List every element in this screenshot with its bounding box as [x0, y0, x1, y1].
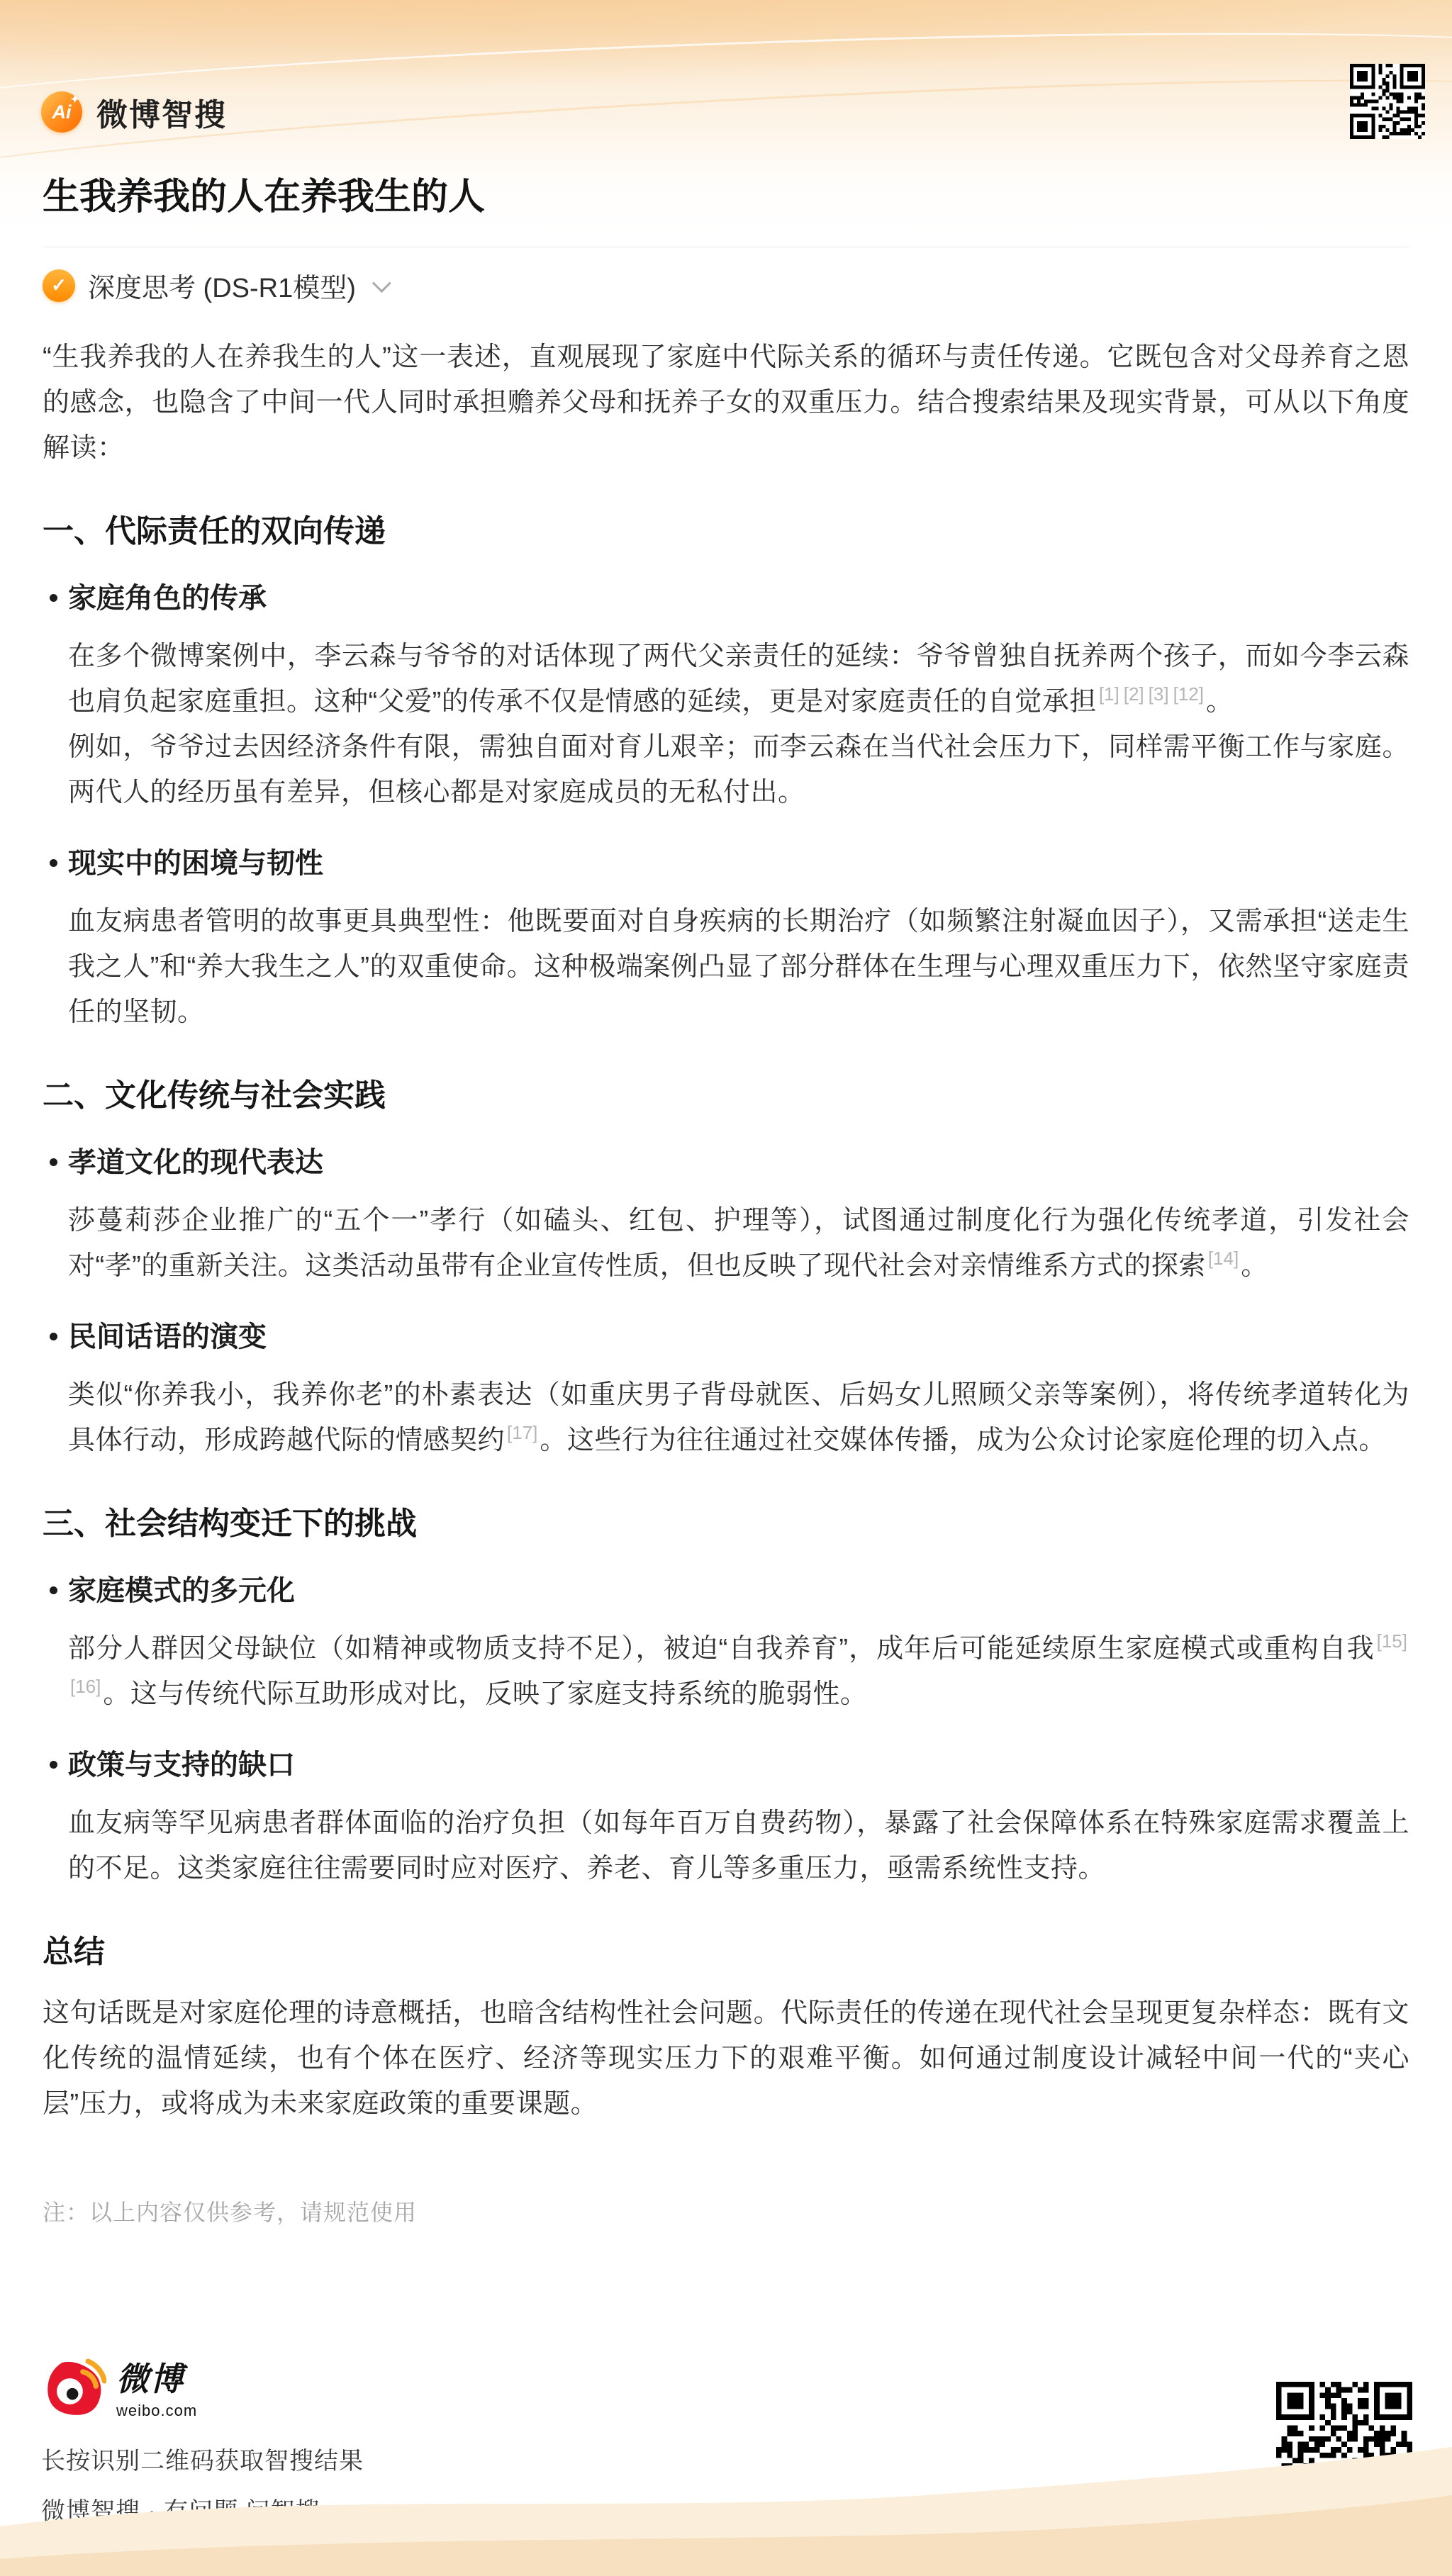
weibo-logo-text: 微博	[116, 2353, 197, 2400]
weibo-logo: 微博 weibo.com	[41, 2353, 364, 2420]
qr-code-bottom	[1276, 2382, 1412, 2518]
summary-heading: 总结	[43, 1934, 1409, 1971]
bullet-body: 血友病患者管明的故事更具典型性：他既要面对自身疾病的长期治疗（如频繁注射凝血因子…	[68, 899, 1409, 1035]
bullet-icon	[50, 859, 57, 867]
bullet-body: 部分人群因父母缺位（如精神或物质支持不足），被迫“自我养育”，成年后可能延续原生…	[68, 1626, 1409, 1717]
bullet-title: 现实中的困境与韧性	[68, 846, 1409, 880]
bullet-body: 血友病等罕见病患者群体面临的治疗负担（如每年百万自费药物），暴露了社会保障体系在…	[68, 1801, 1409, 1891]
citation-link[interactable]: [15]	[1377, 1630, 1407, 1652]
bullet-item: 家庭角色的传承 在多个微博案例中，李云森与爷爷的对话体现了两代父亲责任的延续：爷…	[68, 581, 1409, 815]
sections: 一、代际责任的双向传递 家庭角色的传承 在多个微博案例中，李云森与爷爷的对话体现…	[43, 513, 1409, 1891]
model-toggle[interactable]: ✓ 深度思考 (DS-R1模型)	[43, 266, 386, 305]
footer-hint: 长按识别二维码获取智搜结果	[41, 2441, 364, 2476]
bullet-body: 类似“你养我小，我养你老”的朴素表达（如重庆男子背母就医、后妈女儿照顾父亲等案例…	[68, 1372, 1409, 1463]
bullet-icon	[50, 1158, 57, 1166]
footer: 微博 weibo.com 长按识别二维码获取智搜结果 微博智搜 · 有问题 问智…	[41, 2353, 364, 2526]
bullet-title: 政策与支持的缺口	[68, 1748, 1409, 1782]
content-section: 三、社会结构变迁下的挑战 家庭模式的多元化 部分人群因父母缺位（如精神或物质支持…	[43, 1506, 1409, 1891]
citation-link[interactable]: [1]	[1099, 683, 1119, 705]
section-heading: 二、文化传统与社会实践	[43, 1077, 1409, 1114]
bullet-item: 民间话语的演变 类似“你养我小，我养你老”的朴素表达（如重庆男子背母就医、后妈女…	[68, 1320, 1409, 1463]
weibo-logo-domain: weibo.com	[116, 2402, 197, 2420]
paragraph: 在多个微博案例中，李云森与爷爷的对话体现了两代父亲责任的延续：爷爷曾独自抚养两个…	[68, 634, 1409, 724]
bullet-body: 莎蔓莉莎企业推广的“五个一”孝行（如磕头、红包、护理等），试图通过制度化行为强化…	[68, 1198, 1409, 1289]
model-label: 深度思考 (DS-R1模型)	[88, 266, 356, 305]
bullet-icon	[50, 1586, 57, 1594]
divider	[43, 247, 1409, 247]
bullet-title: 家庭模式的多元化	[68, 1574, 1409, 1608]
citation-link[interactable]: [2]	[1124, 683, 1144, 705]
content-column: 生我养我的人在养我生的人 ✓ 深度思考 (DS-R1模型) “生我养我的人在养我…	[0, 0, 1452, 2227]
bullet-body: 在多个微博案例中，李云森与爷爷的对话体现了两代父亲责任的延续：爷爷曾独自抚养两个…	[68, 634, 1409, 815]
bullet-icon	[50, 1761, 57, 1769]
paragraph: 部分人群因父母缺位（如精神或物质支持不足），被迫“自我养育”，成年后可能延续原生…	[68, 1626, 1409, 1717]
citation-link[interactable]: [12]	[1173, 683, 1204, 705]
chevron-down-icon	[372, 274, 391, 293]
section-heading: 三、社会结构变迁下的挑战	[43, 1506, 1409, 1542]
intro-paragraph: “生我养我的人在养我生的人”这一表述，直观展现了家庭中代际关系的循环与责任传递。…	[43, 335, 1409, 471]
bullet-icon	[50, 594, 57, 602]
bullet-item: 政策与支持的缺口 血友病等罕见病患者群体面临的治疗负担（如每年百万自费药物），暴…	[68, 1748, 1409, 1891]
citation-link[interactable]: [3]	[1149, 683, 1169, 705]
bullet-title: 家庭角色的传承	[68, 581, 1409, 615]
check-icon: ✓	[43, 269, 75, 302]
section-heading: 一、代际责任的双向传递	[43, 513, 1409, 550]
page-title: 生我养我的人在养我生的人	[43, 0, 1409, 218]
paragraph: 类似“你养我小，我养你老”的朴素表达（如重庆男子背母就医、后妈女儿照顾父亲等案例…	[68, 1372, 1409, 1463]
citation-link[interactable]: [14]	[1208, 1248, 1239, 1269]
bullet-icon	[50, 1333, 57, 1340]
disclaimer-note: 注：以上内容仅供参考，请规范使用	[43, 2195, 1409, 2227]
share-card: Ai ✦ 微博智搜 生我养我的人在养我生的人 ✓ 深度思考 (DS-R1模型) …	[0, 0, 1452, 2576]
citation-link[interactable]: [16]	[70, 1676, 101, 1697]
summary-paragraph: 这句话既是对家庭伦理的诗意概括，也暗含结构性社会问题。代际责任的传递在现代社会呈…	[43, 1990, 1409, 2127]
bullet-item: 家庭模式的多元化 部分人群因父母缺位（如精神或物质支持不足），被迫“自我养育”，…	[68, 1574, 1409, 1717]
bullet-item: 现实中的困境与韧性 血友病患者管明的故事更具典型性：他既要面对自身疾病的长期治疗…	[68, 846, 1409, 1035]
weibo-eye-icon	[41, 2355, 106, 2420]
paragraph: 例如，爷爷过去因经济条件有限，需独自面对育儿艰辛；而李云森在当代社会压力下，同样…	[68, 724, 1409, 815]
bullet-title: 孝道文化的现代表达	[68, 1146, 1409, 1180]
content-section: 一、代际责任的双向传递 家庭角色的传承 在多个微博案例中，李云森与爷爷的对话体现…	[43, 513, 1409, 1035]
bullet-title: 民间话语的演变	[68, 1320, 1409, 1354]
bullet-item: 孝道文化的现代表达 莎蔓莉莎企业推广的“五个一”孝行（如磕头、红包、护理等），试…	[68, 1146, 1409, 1289]
paragraph: 血友病等罕见病患者群体面临的治疗负担（如每年百万自费药物），暴露了社会保障体系在…	[68, 1801, 1409, 1891]
paragraph: 血友病患者管明的故事更具典型性：他既要面对自身疾病的长期治疗（如频繁注射凝血因子…	[68, 899, 1409, 1035]
content-section: 二、文化传统与社会实践 孝道文化的现代表达 莎蔓莉莎企业推广的“五个一”孝行（如…	[43, 1077, 1409, 1463]
paragraph: 莎蔓莉莎企业推广的“五个一”孝行（如磕头、红包、护理等），试图通过制度化行为强化…	[68, 1198, 1409, 1289]
footer-slogan: 微博智搜 · 有问题 问智搜	[41, 2492, 364, 2526]
citation-link[interactable]: [17]	[507, 1422, 537, 1443]
